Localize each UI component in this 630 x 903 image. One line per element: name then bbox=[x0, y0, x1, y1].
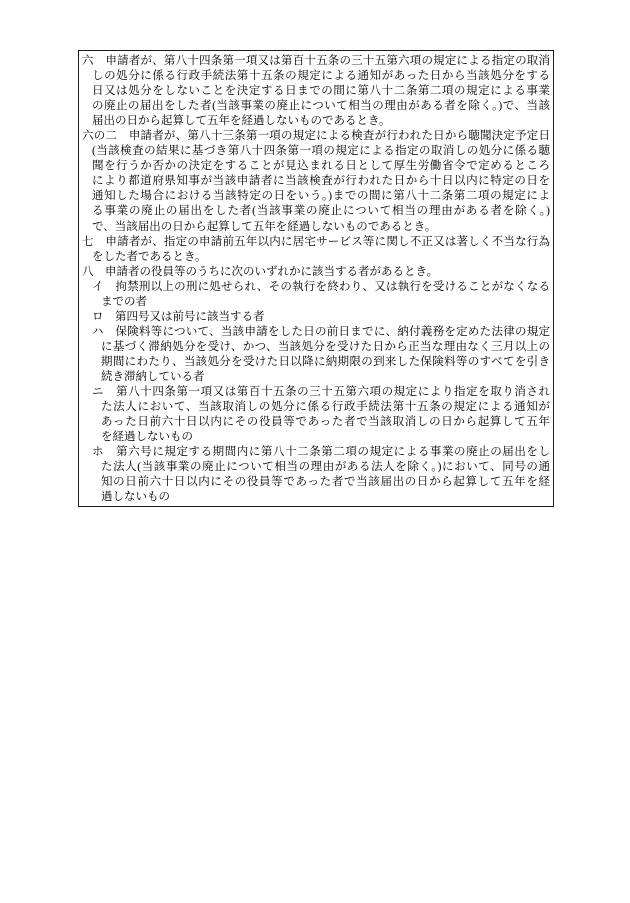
text-line: 七 申請者が、指定の申請前五年以内に居宅サービス等に関し不正又は著しく不当な行為 bbox=[82, 235, 550, 250]
text-line: で、当該届出の日から起算して五年を経過しないものであるとき。 bbox=[92, 220, 550, 235]
text-line: までの者 bbox=[101, 295, 550, 310]
text-line: に基づく滞納処分を受け、かつ、当該処分を受けた日から正当な理由なく三月以上の bbox=[101, 340, 550, 355]
text-line: により都道府県知事が当該申請者に当該検査が行われた日から十日以内に特定の日を bbox=[92, 174, 550, 189]
text-line: 六の二 申請者が、第八十三条第一項の規定による検査が行われた日から聴聞決定予定日 bbox=[82, 129, 550, 144]
text-line: 届出の日から起算して五年を経過しないものであるとき。 bbox=[92, 114, 550, 129]
text-line: 知の日前六十日以内にその役員等であった者で当該届出の日から起算して五年を経 bbox=[101, 475, 550, 490]
text-line: る事業の廃止の届出をした者(当該事業の廃止について相当の理由がある者を除く。) bbox=[92, 204, 550, 219]
text-line: 聞を行うか否かの決定をすることが見込まれる日として厚生労働省令で定めるところ bbox=[92, 159, 550, 174]
text-line: の廃止の届出をした者(当該事業の廃止について相当の理由がある者を除く。)で、当該 bbox=[92, 99, 550, 114]
text-line: (当該検査の結果に基づき第八十四条第一項の規定による指定の取消しの処分に係る聴 bbox=[92, 144, 550, 159]
text-line: た法人(当該事業の廃止について相当の理由がある法人を除く。)において、同号の通 bbox=[101, 460, 550, 475]
document-page: 六 申請者が、第八十四条第一項又は第百十五条の三十五第六項の規定による指定の取消… bbox=[0, 0, 630, 903]
text-line: 期間にわたり、当該処分を受けた日以降に納期限の到来した保険料等のすべてを引き bbox=[101, 355, 550, 370]
text-line: た法人において、当該取消しの処分に係る行政手続法第十五条の規定による通知が bbox=[101, 400, 550, 415]
text-line: ホ 第六号に規定する期間内に第八十二条第二項の規定による事業の廃止の届出をし bbox=[92, 445, 550, 460]
provision-box: 六 申請者が、第八十四条第一項又は第百十五条の三十五第六項の規定による指定の取消… bbox=[78, 50, 554, 507]
text-line: 日又は処分をしないことを決定する日までの間に第八十二条第二項の規定による事業 bbox=[92, 84, 550, 99]
text-line: 通知した場合における当該特定の日をいう。)までの間に第八十二条第二項の規定によ bbox=[92, 189, 550, 204]
text-line: イ 拘禁刑以上の刑に処せられ、その執行を終わり、又は執行を受けることがなくなる bbox=[92, 280, 550, 295]
text-line: 続き滞納している者 bbox=[101, 370, 550, 385]
text-line: ニ 第八十四条第一項又は第百十五条の三十五第六項の規定により指定を取り消され bbox=[92, 385, 550, 400]
text-line: 過しないもの bbox=[101, 490, 550, 505]
text-line: 六 申請者が、第八十四条第一項又は第百十五条の三十五第六項の規定による指定の取消 bbox=[82, 54, 550, 69]
text-line: をした者であるとき。 bbox=[92, 250, 550, 265]
text-line: を経過しないもの bbox=[101, 430, 550, 445]
text-line: ハ 保険料等について、当該申請をした日の前日までに、納付義務を定めた法律の規定 bbox=[92, 325, 550, 340]
text-line: しの処分に係る行政手続法第十五条の規定による通知があった日から当該処分をする bbox=[92, 69, 550, 84]
text-line: 八 申請者の役員等のうちに次のいずれかに該当する者があるとき。 bbox=[82, 265, 550, 280]
text-line: あった日前六十日以内にその役員等であった者で当該取消しの日から起算して五年 bbox=[101, 415, 550, 430]
text-line: ロ 第四号又は前号に該当する者 bbox=[92, 310, 550, 325]
